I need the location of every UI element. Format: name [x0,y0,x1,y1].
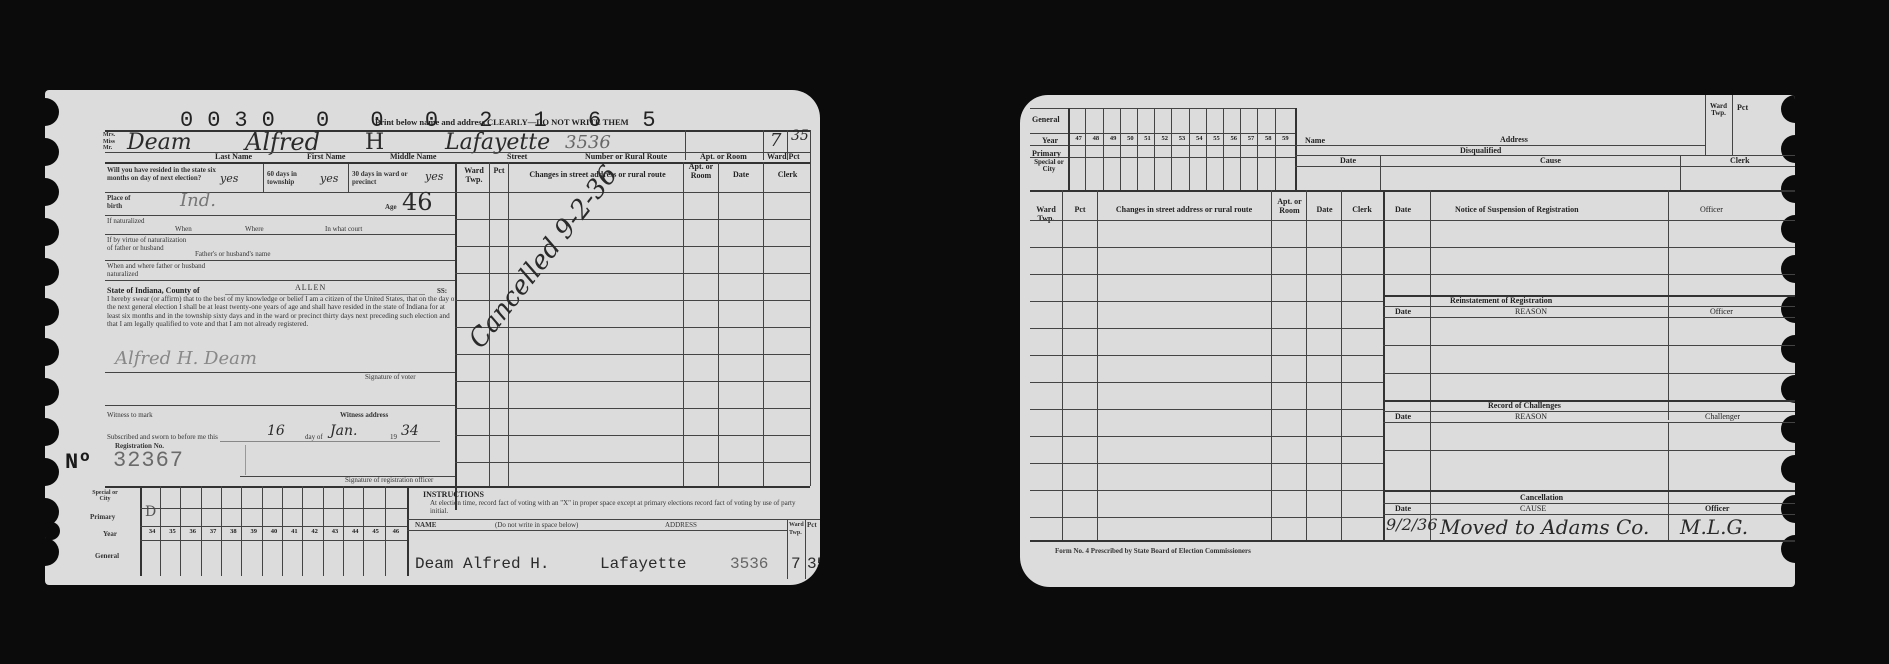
divider [262,486,263,576]
divider [1383,503,1795,504]
cancellation-cause-label: CAUSE [1520,504,1546,513]
prefix-mr: Mr. [103,145,115,152]
table-row [1030,355,1383,356]
punch-hole [1781,335,1795,363]
punch-hole [1781,135,1795,163]
number-symbol: Nº [65,450,91,475]
typed-number: 3536 [730,555,768,573]
divider [105,215,455,216]
divider [1085,108,1086,190]
registration-card-front: 0030 0 0 0 2 1 6 5 Print below name and … [45,90,820,585]
divider [1341,190,1342,540]
divider [1383,450,1795,451]
oath-text: I hereby swear (or affirm) that to the b… [107,295,457,328]
divider [105,486,810,488]
naturalized-when-label: When [175,225,192,233]
disqualified-label: Disqualified [1460,146,1501,155]
divider [1030,190,1795,192]
cause-label: Cause [1540,156,1561,165]
divider [343,486,344,576]
naturalized-label: If naturalized [107,217,147,225]
ss-label: SS: [437,287,447,295]
punch-hole [45,458,59,486]
suspension-officer-label: Officer [1700,205,1723,214]
ward-residency-label: 30 days in ward or precinct [352,170,422,186]
col-date: Date [720,170,762,179]
divider [1680,155,1681,190]
punch-hole [45,298,59,326]
table-row [455,354,810,355]
registration-card-back: General Year Primary Special or City 47 … [1020,95,1795,587]
divider [1383,317,1795,318]
witness-address-label: Witness address [340,411,388,419]
divider [160,486,161,576]
punch-hole [1781,255,1795,283]
col-ward-twp: Ward Twp. [459,166,489,184]
subscribed-day: 16 [267,423,285,439]
punch-hole [45,98,59,126]
divider [1030,540,1795,542]
divider [1383,295,1795,297]
divider [763,162,764,486]
age-value: 46 [402,188,433,216]
divider [105,280,455,281]
pct-label: Pct [1737,103,1748,112]
typed-pct: 35 [807,555,820,573]
cancellation-cause-value: Moved to Adams Co. [1440,515,1649,539]
col-apt: Apt. or Room [685,162,717,180]
table-row [1030,301,1383,302]
divider [1383,345,1795,346]
divider [1257,108,1258,190]
address-label: Address [1500,135,1528,144]
divider [810,130,811,486]
label-ward-pct: Ward Pct [767,152,800,161]
registration-number: 32367 [113,448,184,473]
divider [1383,274,1795,275]
punch-hole [45,418,59,446]
divider [105,405,455,406]
table-row [1030,220,1383,221]
row-year: Year [103,530,117,538]
divider [363,486,364,576]
divider [1154,108,1155,190]
divider [1383,220,1795,221]
divider [1206,108,1207,190]
birth-place-value: Ind. [180,190,216,211]
divider [105,260,455,261]
table-row [1030,490,1383,491]
divider [1271,190,1272,540]
table-row [1030,328,1383,329]
divider [1383,247,1795,248]
table-row [455,246,810,247]
punch-hole [1781,415,1795,443]
cancellation-officer-value: M.L.G. [1680,515,1748,539]
divider [1275,108,1276,190]
divider [263,164,264,192]
table-row [455,273,810,274]
punch-hole [1781,375,1795,403]
punch-hole [1781,495,1795,523]
table-row [455,219,810,220]
row-year: Year [1042,136,1058,145]
col-clerk: Clerk [1342,205,1382,214]
divider [180,486,181,576]
cancellation-date-value: 9/2/36 [1386,515,1438,534]
row-general: General [95,552,119,560]
punch-hole [45,538,59,566]
divider [1171,108,1172,190]
divider [685,130,686,160]
punch-hole [1781,175,1795,203]
suspension-title: Notice of Suspension of Registration [1455,205,1579,214]
year-cell: 59 [1277,135,1294,142]
punch-hole [45,218,59,246]
divider [1380,155,1381,190]
clerk-label: Clerk [1730,156,1750,165]
divider [718,162,719,486]
divider [1383,490,1795,492]
date-label: Date [1340,156,1356,165]
challenges-date-label: Date [1395,412,1411,421]
naturalized-court-label: In what court [325,225,362,233]
divider [348,164,349,192]
challenger-label: Challenger [1705,412,1740,421]
label-number: Number or Rural Route [585,152,667,161]
typed-street: Lafayette [600,555,686,573]
divider [302,486,303,576]
divider [1097,190,1098,540]
ward-value: 7 [770,130,781,151]
form-footer: Form No. 4 Prescribed by State Board of … [1055,547,1251,555]
divider [1383,422,1795,423]
subscribed-year: 34 [401,423,419,439]
instructions-title: INSTRUCTIONS [423,490,484,499]
divider [245,445,246,475]
divider [1295,108,1297,190]
father-naturalized-label: When and where father or husband natural… [107,262,217,278]
divider [323,486,324,576]
index-hole [45,522,60,540]
punch-hole [1781,95,1795,123]
pct-value: 35 [791,128,809,144]
divider [1732,95,1733,155]
state-residency-answer: yes [220,172,238,185]
reinstatement-date-label: Date [1395,307,1411,316]
reinstatement-officer-label: Officer [1710,307,1733,316]
label-middle-name: Middle Name [390,152,436,161]
divider [1240,108,1241,190]
age-label: Age [385,203,397,211]
row-special-city: Special or City [1030,159,1068,173]
suspension-date-label: Date [1395,205,1411,214]
cancellation-title: Cancellation [1520,493,1563,502]
subscribed-month: Jan. [330,423,357,439]
table-row [1030,274,1383,275]
table-row [455,408,810,409]
divider [407,519,820,520]
reinstatement-reason-label: REASON [1515,307,1547,316]
table-row [1030,463,1383,464]
birth-place-label: Place of birth [107,194,147,210]
officer-signature-label: Signature of registration officer [345,476,433,484]
address-label: ADDRESS [665,521,697,529]
naturalized-where-label: Where [245,225,264,233]
reinstatement-title: Reinstatement of Registration [1450,296,1552,305]
year-cell: 46 [386,528,406,535]
voter-signature-label: Signature of voter [365,373,416,381]
father-name-label: Father's or husband's name [195,250,270,258]
table-row [455,192,810,193]
label-first-name: First Name [307,152,345,161]
county-value: ALLEN [295,284,326,292]
divider [105,234,455,235]
divider [1062,190,1063,540]
punch-hole [45,338,59,366]
name-label: Name [1305,136,1325,145]
year-cell: 48 [1087,135,1104,142]
divider [1295,166,1795,167]
divider [1383,400,1795,402]
punch-hole [1781,455,1795,483]
divider [1306,190,1307,540]
voter-signature: Alfred H. Deam [115,348,257,369]
divider [787,519,788,579]
header-instruction: Print below name and address CLEARLY—DO … [375,117,629,127]
table-row [1030,409,1383,410]
state-county-label: State of Indiana, County of [107,286,200,295]
footer-pct-label: Pct [807,521,817,529]
divider [407,530,787,531]
row-general: General [1032,115,1060,124]
divider [1068,108,1070,190]
cancelled-handwritten-note: Cancelled 9-2-36 [463,160,624,354]
col-pct: Pct [490,166,508,175]
col-changes: Changes in street address or rural route [1098,205,1270,214]
divider [1189,108,1190,190]
divider [1668,422,1669,540]
table-row [1030,247,1383,248]
prefix-mrs: Mrs. [103,132,115,139]
divider [1430,190,1431,540]
township-answer: yes [320,172,338,185]
typed-name: Deam Alfred H. [415,555,549,573]
divider [241,486,242,576]
divider [1383,190,1385,540]
challenges-title: Record of Challenges [1488,401,1561,410]
divider [683,162,684,486]
col-clerk: Clerk [765,170,810,179]
day-of-label: day of [305,433,323,441]
year-cell: 42 [305,528,325,535]
label-last-name: Last Name [215,152,252,161]
number-value: 3536 [565,132,611,153]
punch-hole [45,258,59,286]
typed-ward: 7 [791,555,801,573]
ward-label: Ward Twp. [1706,103,1731,117]
cancellation-officer-label: Officer [1705,504,1729,513]
divider [1383,306,1795,307]
label-street: Street [507,152,527,161]
name-label: NAME [415,521,436,529]
footer-ward-label: Ward Twp. [789,521,805,537]
divider [1120,108,1121,190]
table-row [1030,382,1383,383]
divider [201,486,202,576]
punch-hole [1781,295,1795,323]
instructions-text: At election time, record fact of voting … [430,499,810,515]
year-row: 34 35 36 37 38 39 40 41 42 43 44 45 46 [142,528,406,535]
title-prefix: Mrs. Miss Mr. [103,132,115,152]
label-apt: Apt. or Room [700,152,747,161]
divider [282,486,283,576]
virtue-label: If by virtue of naturalization of father… [107,236,187,252]
table-row [455,327,810,328]
divider [455,162,457,510]
divider [805,519,806,579]
divider [221,486,222,576]
divider [1137,108,1138,190]
divider [763,130,764,160]
year-prefix: 19 [390,433,397,441]
table-row [1030,517,1383,518]
township-label: 60 days in township [267,170,317,186]
row-primary: Primary [90,513,115,521]
table-row [1030,436,1383,437]
punch-hole [45,138,59,166]
table-row [455,381,810,382]
table-row [455,435,810,436]
col-pct: Pct [1064,205,1096,214]
col-date: Date [1307,205,1342,214]
year-cell: 36 [183,528,203,535]
divider [1103,108,1104,190]
year-cell: 45 [365,528,385,535]
divider [1223,108,1224,190]
do-not-write-label: (Do not write in space below) [495,521,578,529]
divider [1668,190,1669,420]
divider [1383,373,1795,374]
divider [220,441,440,442]
divider [385,486,386,576]
residency-question: Will you have resided in the state six m… [107,166,217,182]
subscribed-label: Subscribed and sworn to before me this [107,433,218,441]
punch-hole [45,178,59,206]
punch-hole [45,378,59,406]
year-cell: 39 [244,528,264,535]
col-apt: Apt. or Room [1272,197,1307,215]
divider [407,486,409,576]
challenges-reason-label: REASON [1515,412,1547,421]
witness-label: Witness to mark [107,411,153,419]
primary-mark: D [145,504,156,520]
row-special-city: Special or City [90,490,120,502]
table-row [455,462,810,463]
ward-residency-answer: yes [425,170,443,183]
cancellation-date-label: Date [1395,504,1411,513]
